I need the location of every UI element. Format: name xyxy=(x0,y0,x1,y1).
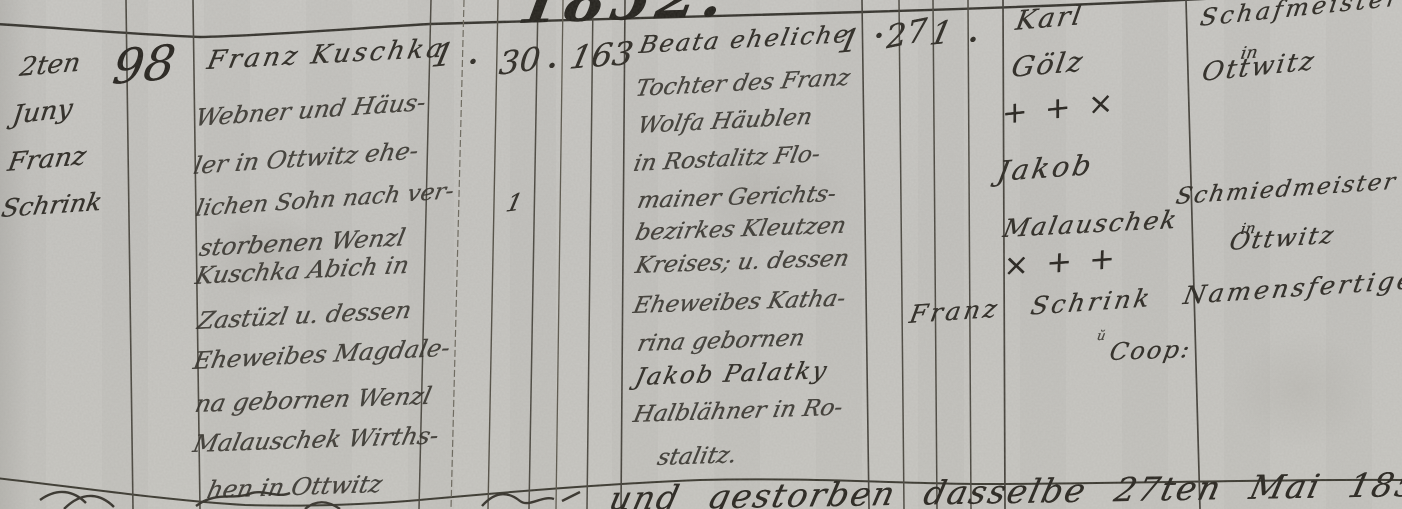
entry-number: 98 xyxy=(110,39,178,92)
paper-stain xyxy=(1230,330,1370,450)
margin-note-line: 2ten xyxy=(18,50,82,81)
column-line xyxy=(933,0,937,509)
father-entry-line: Webner und Häus- xyxy=(194,90,428,130)
column-line xyxy=(621,0,625,509)
column-line xyxy=(587,0,593,509)
register-page-scan: 1852. 2ten Juny Franz Schrink 98 Franz K… xyxy=(0,0,1402,509)
column-line xyxy=(1186,0,1200,509)
godparent-second-surname: Malauschek xyxy=(1001,207,1180,241)
mother-entry-line: in Rostalitz Flo- xyxy=(631,143,821,176)
column-line xyxy=(862,0,869,509)
mother-entry-line: mainer Gerichts- xyxy=(635,183,838,213)
mother-entry-line: bezirkes Kleutzen xyxy=(633,215,848,245)
ditto-dot: · xyxy=(468,48,478,76)
officiant-abbrev-mark: ŭ xyxy=(1096,330,1107,343)
officiant-title: Coop: xyxy=(1108,337,1194,364)
father-entry-line: na gebornen Wenzl xyxy=(193,384,434,416)
ditto-dot: · xyxy=(968,26,978,54)
mother-entry-line: Kreises; u. dessen xyxy=(633,248,851,278)
father-entry-line: ler in Ottwitz ehe- xyxy=(192,139,420,178)
mother-age-number: 27 xyxy=(886,14,928,54)
father-entry-line: hen in Ottwitz xyxy=(205,472,385,502)
godparent-first-cross-marks: + + × xyxy=(1002,88,1117,130)
column-line xyxy=(556,0,563,509)
margin-note-line: Juny xyxy=(11,96,74,129)
next-row-fragment: und gestorben dasselbe 27ten Mai 1852 xyxy=(606,468,1402,509)
godparent-first-name: Karl xyxy=(1014,2,1085,35)
father-entry-line: Zastüzl u. dessen xyxy=(195,298,413,333)
page-number: 63 xyxy=(589,37,635,72)
godparent-first-surname: Gölz xyxy=(1009,48,1086,82)
house-number: 30 xyxy=(498,42,542,79)
mother-entry-line: stalitz. xyxy=(655,444,739,470)
mother-entry-line: Tochter des Franz xyxy=(633,67,851,101)
godparent-second-cross-marks: × + + xyxy=(1003,244,1119,282)
father-entry-line: lichen Sohn nach ver- xyxy=(194,180,456,221)
ditto-dot: · xyxy=(547,52,557,80)
column-line xyxy=(451,0,464,509)
occupation-first-line3: Ottwitz xyxy=(1200,48,1317,85)
tally-mark: 1 xyxy=(927,16,955,50)
occupation-second-line1: Schmiedmeister xyxy=(1174,171,1399,209)
occupation-second-line3: Ottwitz xyxy=(1228,223,1337,254)
mother-entry-line: Halblähner in Ro- xyxy=(631,397,844,427)
column-line xyxy=(899,0,904,509)
mother-entry-line: rina gebornen xyxy=(635,327,807,356)
mother-entry-line: Eheweibes Katha- xyxy=(631,288,847,318)
father-entry-line: Malauschek Wirths- xyxy=(191,424,441,456)
margin-note-line: Franz xyxy=(6,143,88,176)
margin-note-line: Schrink xyxy=(0,189,104,221)
mother-entry-line: Jakob Palatky xyxy=(633,358,831,389)
tally-mark-small: 1 xyxy=(504,190,525,216)
column-line xyxy=(488,0,498,509)
father-entry-line: Eheweibes Magdale- xyxy=(191,336,452,373)
ditto-dot: · xyxy=(874,22,884,50)
officiant-signature: Franz Schrink Namensfertiger xyxy=(908,266,1402,327)
father-entry-line: Franz Kuschka xyxy=(205,36,448,74)
godparent-second-name: Jakob xyxy=(995,151,1096,186)
occupation-first-line1: Schafmeister xyxy=(1199,0,1402,30)
mother-entry-line: Wolfa Häublen xyxy=(635,106,813,138)
column-line xyxy=(968,0,971,509)
